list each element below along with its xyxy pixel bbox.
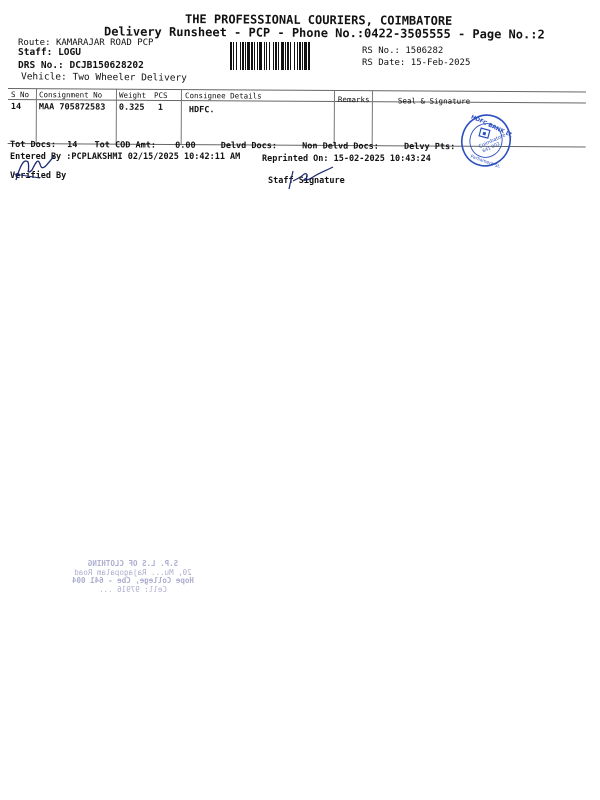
vehicle-value: Two Wheeler Delivery [72,72,186,84]
staff-label: Staff: [18,47,52,58]
drs-value: DCJB150628202 [70,60,144,71]
rs-date-line: RS Date: 15-Feb-2025 [362,58,470,68]
totals-line: Tot Docs: 14 Tot COD Amt: 0.00 Delvd Doc… [10,140,455,152]
col-divider [116,89,117,144]
rs-date-label: RS Date: [362,58,405,68]
tot-docs-label: Tot Docs: [10,140,56,150]
faded-stamp-line: Cell: 97916 ... [72,586,194,595]
cell-consignee: HDFC. [189,105,215,115]
vehicle-line: Vehicle: Two Wheeler Delivery [21,71,187,83]
staff-value: LOGU [58,47,81,58]
col-divider [372,90,373,145]
cell-pcs: 1 [158,103,163,113]
rs-no-line: RS No.: 1506282 [362,46,443,56]
col-header-weight: Weight [119,91,146,100]
tot-cod-value: 0.00 [175,141,196,151]
verified-signature-scribble [10,152,60,184]
hdfc-bank-stamp: Coimbatore 641 002 HDFC BANK LTD. Parlia… [460,113,512,168]
rs-no-value: 1506282 [405,46,443,56]
delvy-pts-label: Delvy Pts: [404,142,455,152]
staff-signature-scribble [283,163,343,191]
col-divider [181,89,182,144]
col-header-pcs: PCS [154,91,168,100]
cell-weight: 0.325 [119,103,145,113]
col-header-consignment-no: Consignment No [39,90,102,99]
col-header-seal-signature: Seal & Signature [398,96,470,105]
faded-shop-stamp: S.P. L.S OF CLOTHING 20, Mu... Rajagopal… [72,560,194,594]
runsheet-subtitle: Delivery Runsheet - PCP - Phone No.:0422… [104,24,545,41]
tot-cod-label: Tot COD Amt: [95,140,156,150]
drs-label: DRS No.: [18,60,64,71]
col-header-consignee-details: Consignee Details [185,91,262,100]
staff-line: Staff: LOGU [18,47,81,58]
barcode [230,42,355,70]
cell-consignment-no: MAA 705872583 [39,102,106,112]
vehicle-label: Vehicle: [21,71,67,82]
delvd-docs-label: Delvd Docs: [221,141,277,151]
col-divider [334,90,335,145]
col-header-s-no: S No [11,90,29,99]
cell-s-no: 14 [11,102,21,112]
rs-date-value: 15-Feb-2025 [411,58,471,68]
tot-docs-value: 14 [67,140,77,150]
drs-line: DRS No.: DCJB150628202 [18,60,144,71]
col-divider [36,88,37,143]
col-header-remarks: Remarks [338,95,370,104]
non-delvd-docs-label: Non Delvd Docs: [302,141,379,151]
rs-no-label: RS No.: [362,46,400,56]
